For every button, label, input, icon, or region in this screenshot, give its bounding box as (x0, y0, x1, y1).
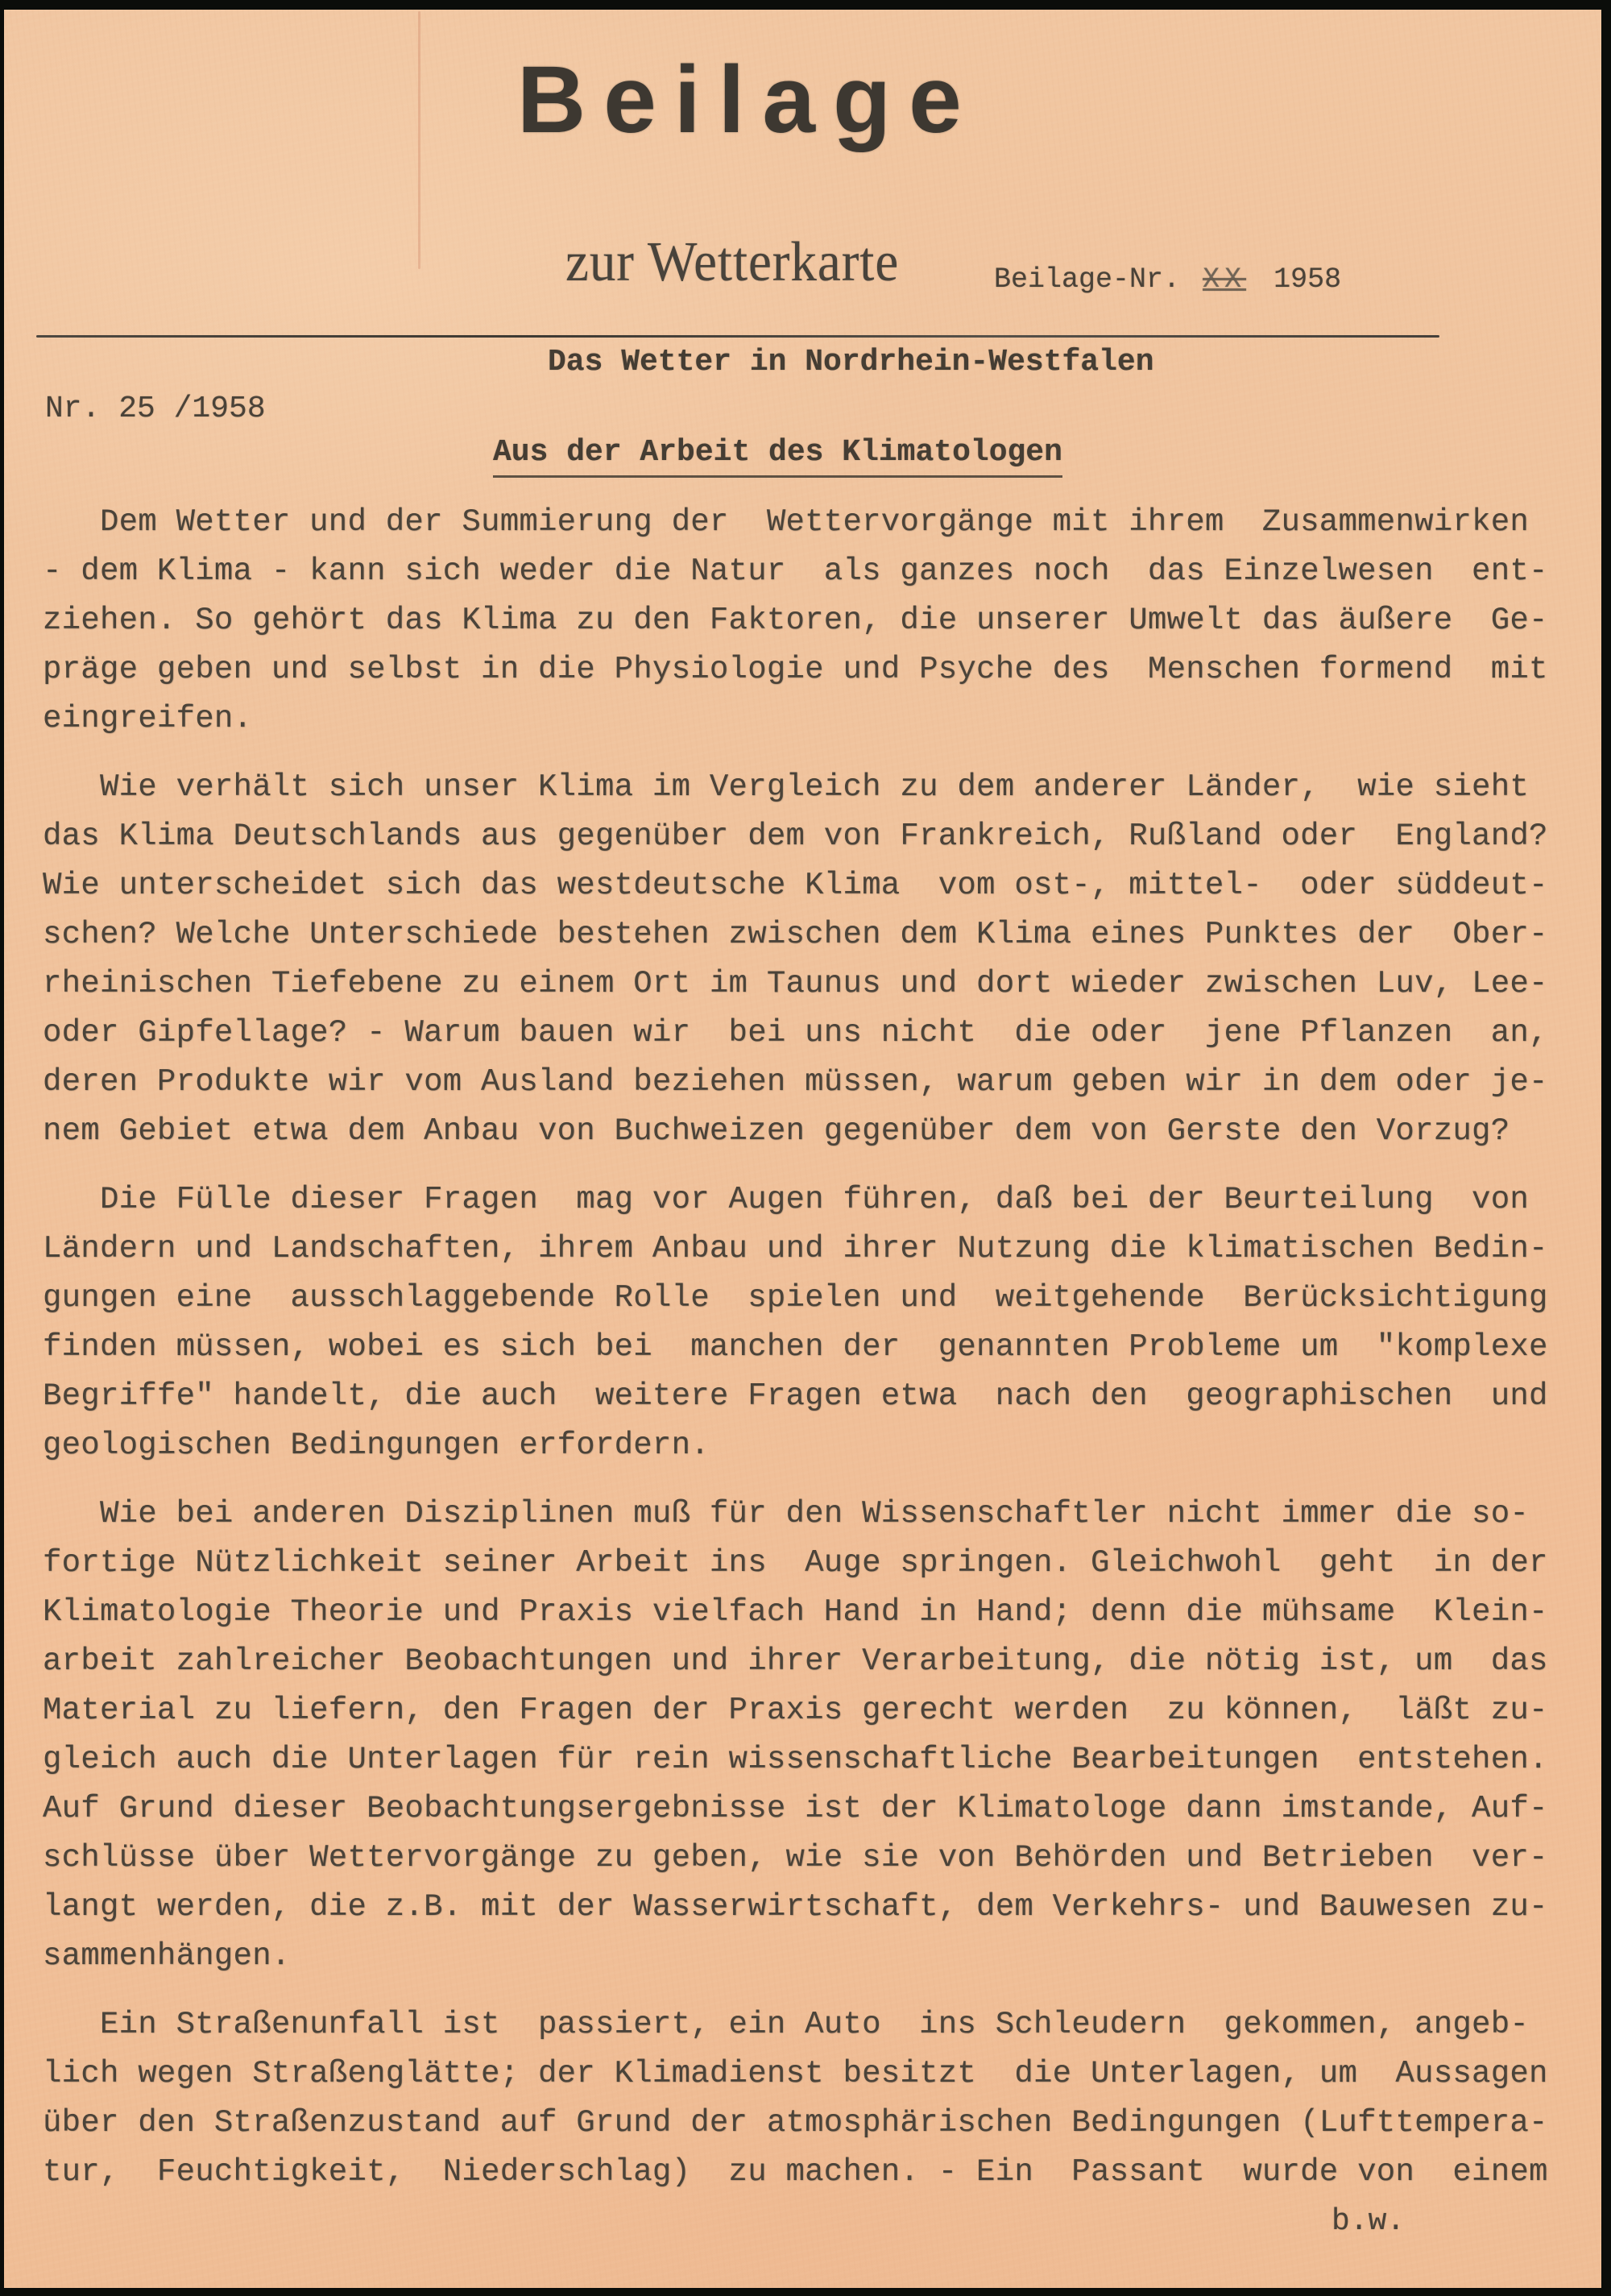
text-line: deren Produkte wir vom Ausland beziehen … (43, 1058, 1573, 1107)
scanned-document-page: Beilage zur Wetterkarte Beilage-Nr.XX195… (0, 0, 1611, 2296)
masthead-subtitle: zur Wetterkarte (565, 230, 899, 295)
text-line: Wie bei anderen Disziplinen muß für den … (43, 1490, 1573, 1539)
text-line: tur, Feuchtigkeit, Niederschlag) zu mach… (43, 2148, 1573, 2197)
text-line: sammenhängen. (43, 1932, 1573, 1981)
text-line: Auf Grund dieser Beobachtungsergebnisse … (43, 1784, 1573, 1834)
continuation-mark: b.w. (1331, 2204, 1405, 2239)
text-line: lich wegen Straßenglätte; der Klimadiens… (43, 2049, 1573, 2099)
text-line: über den Straßenzustand auf Grund der at… (43, 2099, 1573, 2148)
paper-scratch (418, 11, 420, 269)
text-line: schlüsse über Wettervorgänge zu geben, w… (43, 1834, 1573, 1883)
text-line: Begriffe" handelt, die auch weitere Frag… (43, 1372, 1573, 1421)
text-line: arbeit zahlreicher Beobachtungen und ihr… (43, 1637, 1573, 1686)
text-line: Ländern und Landschaften, ihrem Anbau un… (43, 1225, 1573, 1274)
scan-edge-left (0, 0, 4, 2296)
text-line: Wie unterscheidet sich das westdeutsche … (43, 861, 1573, 910)
series-title: Das Wetter in Nordrhein-Westfalen (548, 345, 1154, 379)
text-line: - dem Klima - kann sich weder die Natur … (43, 547, 1573, 596)
text-line: finden müssen, wobei es sich bei manchen… (43, 1323, 1573, 1372)
scan-edge-bottom (0, 2288, 1611, 2296)
text-line: rheinischen Tiefebene zu einem Ort im Ta… (43, 959, 1573, 1009)
issue-ref: Nr. 25 /1958 (45, 392, 266, 426)
scan-edge-right (1601, 0, 1611, 2296)
paragraph: Wie verhält sich unser Klima im Vergleic… (43, 763, 1573, 1156)
text-line: Ein Straßenunfall ist passiert, ein Auto… (43, 2000, 1573, 2049)
paragraph: Ein Straßenunfall ist passiert, ein Auto… (43, 2000, 1573, 2197)
text-line: geologischen Bedingungen erfordern. (43, 1421, 1573, 1470)
article-heading: Aus der Arbeit des Klimatologen (493, 435, 1062, 478)
text-line: das Klima Deutschlands aus gegenüber dem… (43, 812, 1573, 861)
issue-number-struck: XX (1203, 263, 1246, 296)
text-line: gungen eine ausschlaggebende Rolle spiel… (43, 1274, 1573, 1323)
text-line: nem Gebiet etwa dem Anbau von Buchweizen… (43, 1107, 1573, 1156)
text-line: schen? Welche Unterschiede bestehen zwis… (43, 910, 1573, 959)
text-line: Klimatologie Theorie und Praxis vielfach… (43, 1588, 1573, 1637)
text-line: Material zu liefern, den Fragen der Prax… (43, 1686, 1573, 1735)
issue-number-label: Beilage-Nr. (994, 263, 1180, 296)
text-line: gleich auch die Unterlagen für rein wiss… (43, 1735, 1573, 1784)
issue-number-line: Beilage-Nr.XX1958 (926, 231, 1341, 328)
text-line: präge geben und selbst in die Physiologi… (43, 645, 1573, 694)
issue-year: 1958 (1273, 263, 1341, 296)
article-body: Dem Wetter und der Summierung der Wetter… (43, 498, 1573, 2216)
masthead-title: Beilage (517, 45, 979, 155)
paragraph: Dem Wetter und der Summierung der Wetter… (43, 498, 1573, 744)
text-line: oder Gipfellage? - Warum bauen wir bei u… (43, 1009, 1573, 1058)
paragraph: Wie bei anderen Disziplinen muß für den … (43, 1490, 1573, 1981)
text-line: Wie verhält sich unser Klima im Vergleic… (43, 763, 1573, 812)
text-line: eingreifen. (43, 694, 1573, 744)
paragraph: Die Fülle dieser Fragen mag vor Augen fü… (43, 1175, 1573, 1470)
divider-rule (36, 335, 1439, 338)
text-line: ziehen. So gehört das Klima zu den Fakto… (43, 596, 1573, 645)
text-line: langt werden, die z.B. mit der Wasserwir… (43, 1883, 1573, 1932)
text-line: Die Fülle dieser Fragen mag vor Augen fü… (43, 1175, 1573, 1225)
scan-edge-top (0, 0, 1611, 10)
text-line: fortige Nützlichkeit seiner Arbeit ins A… (43, 1539, 1573, 1588)
text-line: Dem Wetter und der Summierung der Wetter… (43, 498, 1573, 547)
